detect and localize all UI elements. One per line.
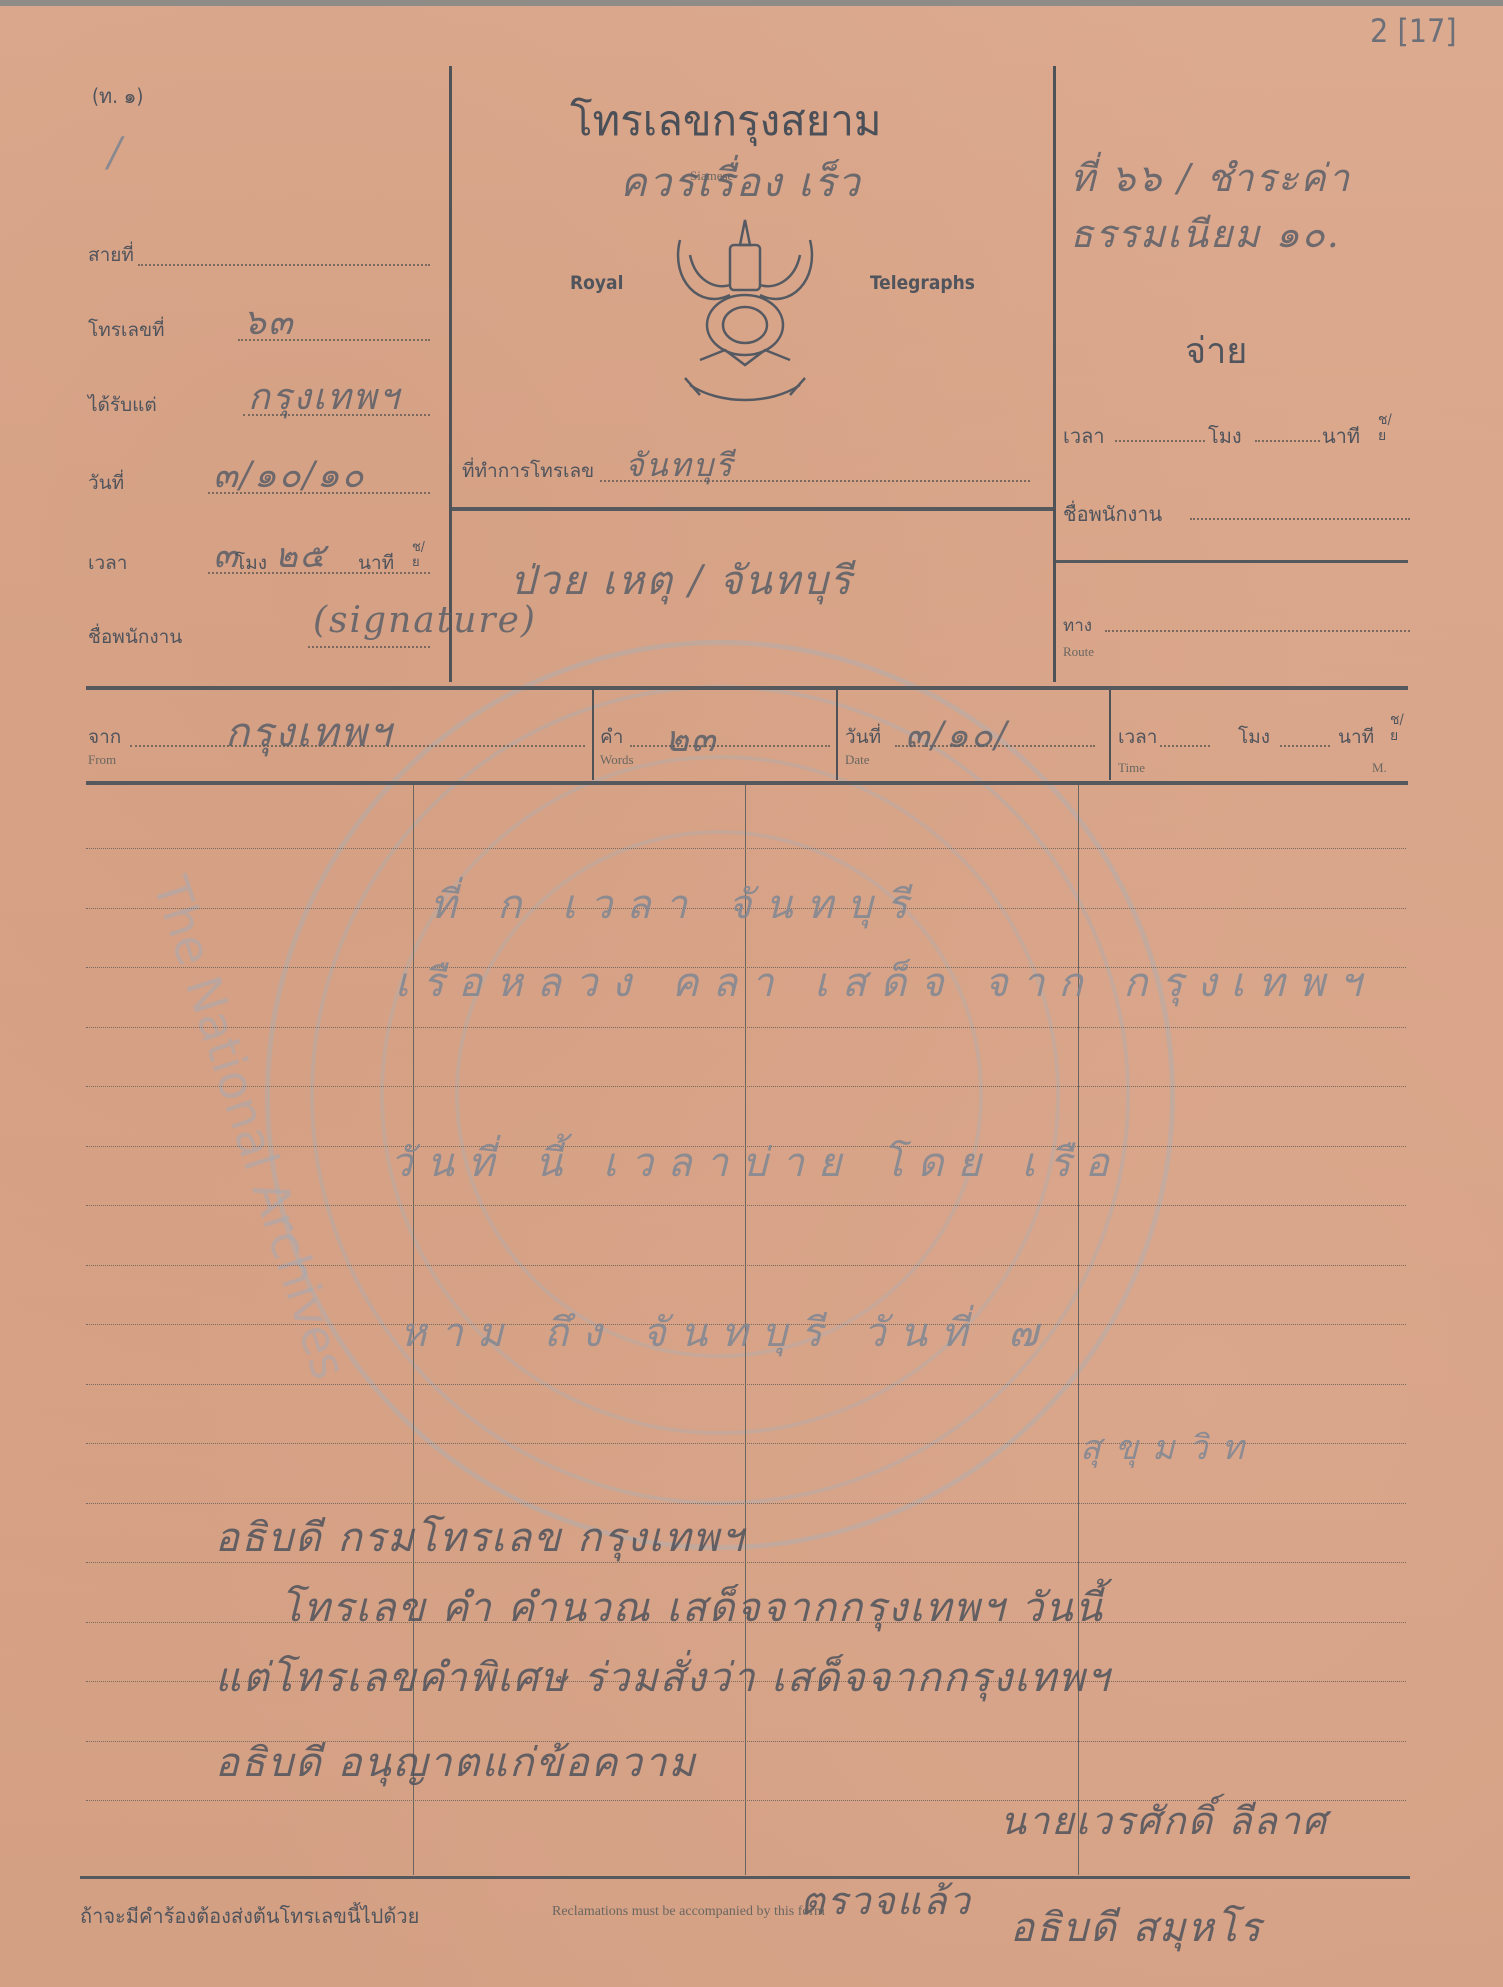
message-line: หาม ถึง จันทบุรี วันที่ ๗ bbox=[400, 1300, 1052, 1364]
ruled-line bbox=[86, 1027, 1406, 1028]
message-line: เรือหลวง คลา เสด็จ จาก กรุงเทพฯ bbox=[395, 950, 1375, 1014]
from-label: จาก bbox=[88, 722, 121, 752]
footer-note-en: Reclamations must be accompanied by this… bbox=[552, 1904, 825, 1920]
words-label: คำ bbox=[600, 722, 623, 752]
tick-mark: / bbox=[108, 130, 123, 176]
from-label-en: From bbox=[88, 752, 116, 768]
deliver-minute-label: นาที bbox=[1322, 420, 1360, 452]
deliver-staff-dots bbox=[1190, 518, 1410, 520]
divider-footer bbox=[80, 1876, 1410, 1879]
ruled-line bbox=[86, 1086, 1406, 1087]
form-title: โทรเลขกรุงสยาม bbox=[570, 88, 882, 154]
left-field-label: ชื่อพนักงาน bbox=[88, 622, 182, 652]
ruled-line bbox=[86, 848, 1406, 849]
date-label-en: Date bbox=[845, 752, 870, 768]
deliver-minute-dots bbox=[1255, 440, 1320, 442]
date-value: ๓/๑๐/ bbox=[905, 706, 1009, 763]
form-code: (ท. ๑) bbox=[92, 80, 143, 112]
ruled-line bbox=[86, 1265, 1406, 1266]
date-label: วันที่ bbox=[845, 722, 881, 752]
deliver-section-label: จ่าย bbox=[1185, 322, 1247, 379]
deliver-hour-label: โมง bbox=[1208, 420, 1242, 452]
divider-time bbox=[1109, 690, 1111, 780]
reply-line: แต่โทรเลขคำพิเศษ ร่วมสั่งว่า เสด็จจากกรุ… bbox=[215, 1645, 1111, 1709]
time-label-en: Time bbox=[1118, 760, 1145, 776]
divider-left bbox=[449, 66, 452, 682]
deliver-hour-dots bbox=[1115, 440, 1205, 442]
divider-info-bottom bbox=[86, 781, 1408, 785]
left-field-label: วันที่ bbox=[88, 468, 124, 498]
office-value: จันทบุรี bbox=[625, 440, 734, 491]
ruled-line bbox=[86, 1205, 1406, 1206]
left-field-value: (signature) bbox=[313, 600, 537, 641]
reply-line: นายเวรศักดิ์ ลีลาศ bbox=[1000, 1790, 1328, 1851]
message-line: วันที่ นี้ เวลาบ่าย โดย เรือ bbox=[390, 1130, 1123, 1194]
handwritten-reason: ป่วย เหตุ / จันทบุรี bbox=[510, 548, 853, 612]
signature-line: อธิบดี สมุหโร bbox=[1010, 1895, 1263, 1959]
royal-label: Royal bbox=[570, 272, 623, 294]
left-hour-label: โมง bbox=[235, 548, 267, 578]
time-label: เวลา bbox=[1118, 722, 1157, 752]
garuda-emblem-icon bbox=[660, 200, 830, 410]
time-minute-label: นาที bbox=[1338, 722, 1374, 752]
left-field-label: ได้รับแต่ bbox=[88, 390, 157, 420]
footer-note-th: ถ้าจะมีคำร้องต้องส่งต้นโทรเลขนี้ไปด้วย bbox=[80, 1900, 419, 1932]
ruled-line bbox=[86, 1384, 1406, 1385]
divider-right-staff bbox=[1056, 560, 1408, 563]
route-label-en: Route bbox=[1063, 644, 1094, 660]
words-dots bbox=[630, 745, 830, 747]
archive-reference: 2 [17] bbox=[1370, 12, 1457, 50]
words-value: ๒๓ bbox=[665, 710, 717, 767]
reply-line: อธิบดี กรมโทรเลข กรุงเทพฯ bbox=[215, 1505, 745, 1569]
telegraphs-label: Telegraphs bbox=[870, 272, 975, 294]
minute-label-en: M. bbox=[1372, 760, 1387, 776]
office-label: ที่ทำการโทรเลข bbox=[462, 456, 594, 486]
left-field-value: ๖๓ bbox=[243, 293, 294, 350]
left-period-label: ช/ย bbox=[412, 540, 426, 570]
divider-info-top bbox=[86, 686, 1408, 690]
left-field-label: สายที่ bbox=[88, 240, 134, 270]
divider-center-office bbox=[452, 507, 1053, 511]
reply-line: อธิบดี อนุญาตแก่ข้อความ bbox=[215, 1730, 697, 1794]
time-period-label: ช/ย bbox=[1390, 712, 1404, 744]
left-field-label: เวลา bbox=[88, 548, 127, 578]
deliver-period-label: ช/ย bbox=[1378, 412, 1392, 444]
time-minute-dots bbox=[1280, 745, 1330, 747]
route-dots bbox=[1105, 630, 1410, 632]
left-minute-value: ๒๕ bbox=[275, 528, 327, 582]
message-column-3 bbox=[1078, 785, 1079, 1875]
divider-words bbox=[592, 690, 594, 780]
divider-right bbox=[1053, 66, 1056, 682]
left-field-dots bbox=[308, 646, 430, 648]
left-field-label: โทรเลขที่ bbox=[88, 315, 165, 345]
left-minute-label: นาที bbox=[358, 548, 394, 578]
message-line: ที่ ก เวลา จันทบุรี bbox=[430, 872, 922, 936]
words-label-en: Words bbox=[600, 752, 634, 768]
deliver-time-label: เวลา bbox=[1063, 420, 1105, 452]
left-field-value: ๓/๑๐/๑๐ bbox=[213, 446, 366, 503]
handwritten-fee-note: ที่ ๖๖ / ชำระค่าธรรมเนียม ๑๐. bbox=[1070, 150, 1490, 262]
message-line: สุขุมวิท bbox=[1080, 1420, 1258, 1474]
deliver-staff-label: ชื่อพนักงาน bbox=[1063, 498, 1162, 530]
from-value: กรุงเทพฯ bbox=[225, 700, 393, 764]
time-hour-label: โมง bbox=[1238, 722, 1270, 752]
left-field-dots bbox=[138, 264, 430, 266]
time-hour-dots bbox=[1160, 745, 1210, 747]
left-field-value: กรุงเทพฯ bbox=[248, 368, 401, 425]
route-label: ทาง bbox=[1063, 612, 1092, 639]
divider-date bbox=[836, 690, 838, 780]
signature-line: ตรวจแล้ว bbox=[800, 1870, 972, 1931]
scan-border bbox=[0, 0, 1503, 6]
ruled-line bbox=[86, 1503, 1406, 1504]
reply-line: โทรเลข คำ คำนวณ เสด็จจากกรุงเทพฯ วันนี้ bbox=[280, 1575, 1104, 1639]
